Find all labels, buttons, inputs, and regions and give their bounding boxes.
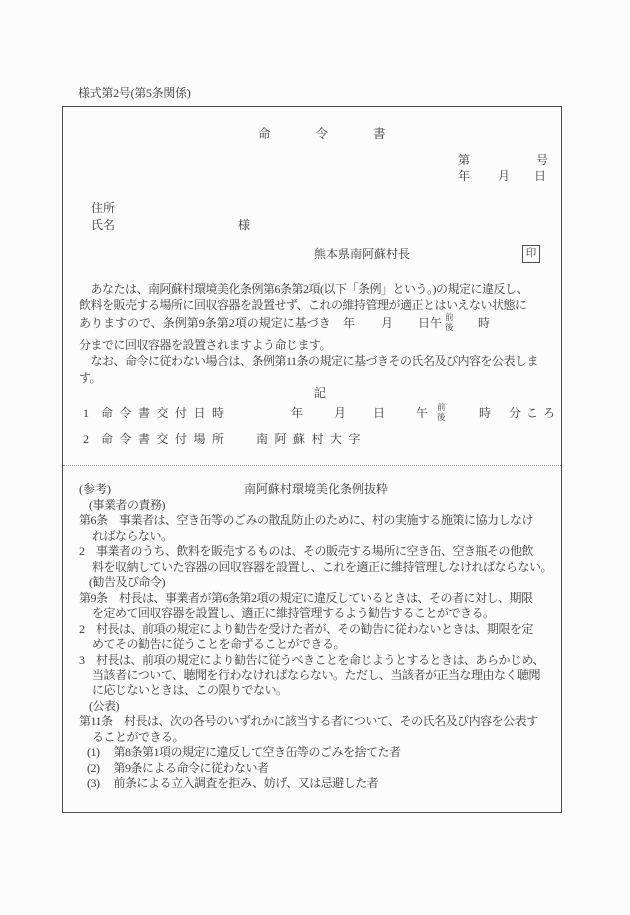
item1-number: 1: [83, 407, 89, 419]
issue-day-label: 日: [534, 169, 546, 183]
ref-line: (公表): [79, 699, 555, 714]
doc-number-suffix: 号: [536, 153, 548, 167]
ref-line: ればならない。: [79, 529, 555, 544]
ref-line: 2 事業者のうち、飲料を販売するものは、その販売する場所に空き缶、空き瓶その他飲: [79, 544, 555, 559]
ref-list-item: (2) 第9条による命令に従わない者: [79, 761, 555, 776]
document-title: 命 令 書: [258, 124, 386, 142]
dotted-separator-line: [63, 465, 561, 466]
issuer-name: 熊本県南阿蘇村長: [314, 247, 410, 261]
deadline-prefix: ありますので、条例第9条第2項の規定に基づき: [79, 317, 331, 329]
item1-label: 命令書交付日時: [101, 407, 231, 419]
body-line-6: す。: [79, 371, 553, 386]
honorific-label: 様: [238, 218, 250, 232]
ref-line: 料を収納していた容器の回収容器を設置し、これを適正に維持管理しなければならない。: [79, 560, 555, 575]
scanned-document-page: 様式第2号(第5条関係) 命 令 書 第 号 年 月 日 住所 氏名 様 熊本県…: [0, 0, 630, 915]
ref-line: に応じないときは、この限りでない。: [79, 683, 555, 698]
order-document-box: 命 令 書 第 号 年 月 日 住所 氏名 様 熊本県南阿蘇村長 印 あなたは、…: [62, 106, 562, 813]
item1-hour: 時: [479, 407, 491, 419]
order-item-delivery-place: 2 命令書交付場所 南阿蘇村大字: [63, 427, 561, 451]
ref-line: 当該者について、聴聞を行わなければならない。ただし、当該者が正当な理由なく聴聞: [79, 668, 555, 683]
deadline-year: 年: [343, 317, 355, 329]
issue-month-label: 月: [498, 169, 510, 183]
deadline-day: 日午: [418, 317, 442, 329]
ref-line: 3 村長は、前項の規定により勧告に従うべきことを命じようとするときは、あらかじめ…: [79, 653, 555, 668]
item1-pm: 後: [437, 412, 446, 422]
item1-noon: 午: [416, 407, 428, 419]
ref-line: 第9条 村長は、事業者が第6条第2項の規定に違反しているときは、その者に対し、期…: [79, 591, 555, 606]
ref-line: 2 村長は、前項の規定により勧告を受けた者が、その勧告に従わないときは、期限を定: [79, 622, 555, 637]
ki-heading: 記: [314, 386, 326, 400]
ref-line: 第11条 村長は、次の各号のいずれかに該当する者について、その氏名及び内容を公表…: [79, 714, 555, 729]
deadline-month: 月: [381, 317, 393, 329]
deadline-hour: 時: [478, 317, 490, 329]
item1-minute: 分ころ: [509, 407, 560, 419]
item1-am-pm: 前 後: [437, 402, 446, 422]
body-line-4: 分までに回収容器を設置されますよう命じます。: [79, 338, 553, 353]
item1-year: 年: [291, 407, 303, 419]
ref-line: めてその勧告に従うことを命ずることができる。: [79, 637, 555, 652]
issue-year-label: 年: [458, 169, 470, 183]
item2-label: 命令書交付場所: [101, 433, 231, 445]
title-char-3: 書: [373, 124, 386, 142]
reference-label: (参考): [79, 482, 111, 496]
address-label: 住所: [91, 201, 115, 215]
pm-label: 後: [445, 322, 454, 332]
body-deadline-line: ありますので、条例第9条第2項の規定に基づき 年 月 日午 前 後 時: [79, 311, 553, 335]
ref-line: (事業者の責務): [79, 498, 555, 513]
am-label: 前: [445, 312, 454, 322]
ref-line: ることができる。: [79, 730, 555, 745]
body-line-1: あなたは、南阿蘇村環境美化条例第6条第2項(以下「条例」という。)の規定に違反し…: [79, 282, 553, 297]
item1-month: 月: [334, 407, 346, 419]
deadline-am-pm: 前 後: [445, 312, 454, 332]
item2-number: 2: [83, 433, 89, 445]
item1-am: 前: [437, 402, 446, 412]
doc-number-prefix: 第: [458, 153, 470, 167]
body-line-5: なお、命令に従わない場合は、条例第11条の規定に基づきその氏名及び内容を公表しま: [79, 354, 553, 369]
order-item-delivery-datetime: 1 命令書交付日時 年 月 日 午 前 後 時 分ころ: [63, 401, 561, 425]
ref-list-item: (3) 前条による立入調査を拒み、妨げ、又は忌避した者: [79, 776, 555, 791]
reference-title: 南阿蘇村環境美化条例抜粋: [244, 482, 388, 496]
ref-line: を定めて回収容器を設置し、適正に維持管理するよう勧告することができる。: [79, 606, 555, 621]
form-number-label: 様式第2号(第5条関係): [78, 84, 190, 101]
title-char-2: 令: [316, 124, 329, 142]
name-label: 氏名: [91, 218, 115, 232]
item2-value: 南阿蘇村大字: [256, 433, 367, 445]
item1-day: 日: [373, 407, 385, 419]
title-char-1: 命: [258, 124, 271, 142]
ref-list-item: (1) 第8条第1項の規定に違反して空き缶等のごみを捨てた者: [79, 745, 555, 760]
ref-line: 第6条 事業者は、空き缶等のごみの散乱防止のために、村の実施する施策に協力しなけ: [79, 513, 555, 528]
seal-stamp-icon: 印: [522, 245, 540, 263]
ordinance-excerpt-block: (事業者の責務) 第6条 事業者は、空き缶等のごみの散乱防止のために、村の実施す…: [79, 498, 555, 792]
ref-line: (勧告及び命令): [79, 575, 555, 590]
